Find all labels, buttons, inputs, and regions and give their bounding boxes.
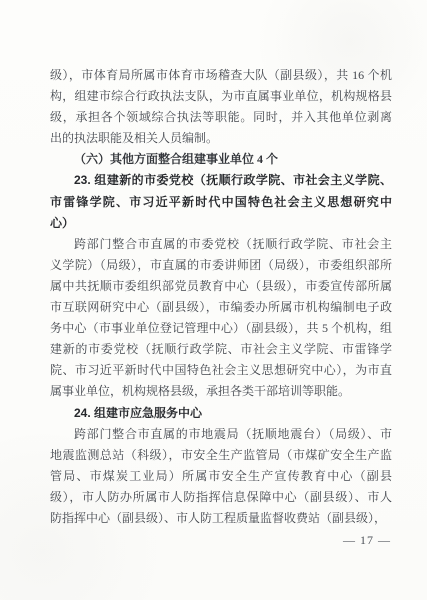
text-line: 出的执法职能及相关人员编制。	[50, 128, 392, 149]
section-heading-line: （六）其他方面整合组建事业单位 4 个	[50, 149, 392, 170]
item-23-heading-line: 23. 组建新的市委党校（抚顺行政学院、市社会主义学院、	[50, 170, 392, 191]
text-line: 建新的市委党校（抚顺行政学院、市社会主义学院、市雷锋学	[50, 339, 392, 360]
text-line: 跨部门整合市直属的市地震局（抚顺地震台）（局级）、市	[50, 424, 392, 445]
text-line: 级），市体育局所属市体育市场稽查大队（副县级），共 16 个机	[50, 65, 392, 86]
text-line: 务中心（市事业单位登记管理中心）（副县级），共 5 个机构，组	[50, 318, 392, 339]
text-line: 市互联网研究中心（副县级），市编委办所属市机构编制电子政	[50, 297, 392, 318]
text-line: 属事业单位，机构规格县级，承担各类干部培训等职能。	[50, 381, 392, 402]
item-23-heading-line: 心）	[50, 213, 392, 234]
page-number: — 17 —	[343, 533, 391, 548]
text-line: 级，承担各个领域综合执法等职能。同时，并入其他单位剥离	[50, 107, 392, 128]
document-text-block: 级），市体育局所属市体育市场稽查大队（副县级），共 16 个机 构，组建市综合行…	[50, 65, 392, 529]
text-line: 属中共抚顺市委组织部党员教育中心（县级），市委宣传部所属	[50, 276, 392, 297]
text-line: 管局、市煤炭工业局）所属市安全生产宣传教育中心（副县	[50, 466, 392, 487]
text-line: 院、市习近平新时代中国特色社会主义思想研究中心），为市直	[50, 360, 392, 381]
text-line: 地震监测总站（科级），市安全生产监管局（市煤矿安全生产监	[50, 445, 392, 466]
text-line: 防指挥中心（副县级）、市人防工程质量监督收费站（副县级），	[50, 508, 392, 529]
item-23-heading-line: 市雷锋学院、市习近平新时代中国特色社会主义思想研究中	[50, 192, 392, 213]
item-24-heading-line: 24. 组建市应急服务中心	[50, 403, 392, 424]
text-line: 跨部门整合市直属的市委党校（抚顺行政学院、市社会主	[50, 234, 392, 255]
text-line: 构，组建市综合行政执法支队，为市直属事业单位，机构规格县	[50, 86, 392, 107]
text-line: 级），市人防办所属市人防指挥信息保障中心（副县级）、市人	[50, 487, 392, 508]
text-line: 义学院）（局级），市直属的市委讲师团（局级），市委组织部所	[50, 255, 392, 276]
